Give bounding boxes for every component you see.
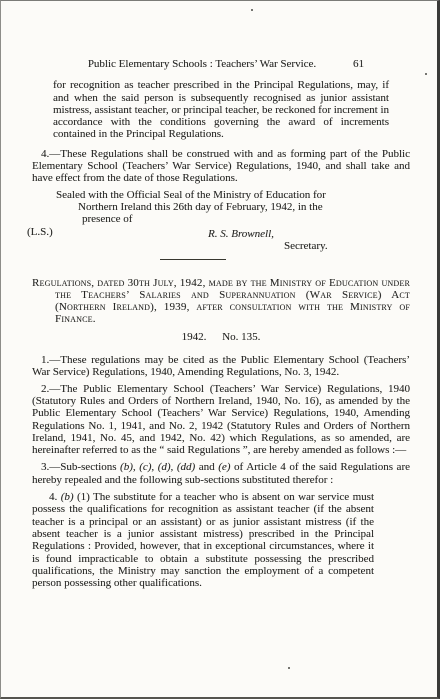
regulation-3: 3.—Sub-sections (b), (c), (d), (dd) and … xyxy=(32,461,410,486)
scan-speck xyxy=(425,73,427,75)
regulation-3-lead: 3.—Sub-sections xyxy=(41,461,120,473)
sealing-clause-line3: presence of xyxy=(32,213,410,225)
statutory-rule-number-line: 1942. No. 135. xyxy=(32,331,410,343)
signature-title: Secretary. xyxy=(284,240,328,252)
running-header: Public Elementary Schools : Teachers’ Wa… xyxy=(32,58,410,70)
running-header-title: Public Elementary Schools : Teachers’ Wa… xyxy=(88,58,316,70)
seal-mark: (L.S.) xyxy=(27,226,53,238)
regulation-3-subsection-letter-e: (e) xyxy=(218,461,230,473)
regulation-4-lead: 4. xyxy=(49,491,61,503)
text-column: Public Elementary Schools : Teachers’ Wa… xyxy=(32,1,410,589)
sealing-clause-line2: Northern Ireland this 26th day of Februa… xyxy=(32,201,410,213)
regulation-3-subsection-letters: (b), (c), (d), (dd) xyxy=(120,461,195,473)
regulation-1: 1.—These regulations may be cited as the… xyxy=(32,354,410,379)
scan-speck xyxy=(288,667,290,669)
section-divider-rule xyxy=(160,259,226,260)
regulation-2: 2.—The Public Elementary School (Teacher… xyxy=(32,383,410,457)
regulation-3-conjunction: and xyxy=(195,461,218,473)
scanned-document-page: Public Elementary Schools : Teachers’ Wa… xyxy=(0,0,440,699)
regulations-heading: Regulations, dated 30th July, 1942, made… xyxy=(32,277,410,326)
regulation-4-substituted-subsection: 4. (b) (1) The substitute for a teacher … xyxy=(32,491,374,589)
continuation-paragraph: for recognition as teacher prescribed in… xyxy=(53,79,389,140)
regulation-4-rest: (1) The substitute for a teacher who is … xyxy=(32,491,374,589)
page-number: 61 xyxy=(353,58,364,70)
sealing-clause-line1: Sealed with the Official Seal of the Min… xyxy=(32,189,410,201)
statutory-rule-year: 1942. xyxy=(182,331,207,343)
signature-name: R. S. Brownell, xyxy=(208,228,274,240)
sealing-clause: Sealed with the Official Seal of the Min… xyxy=(32,189,410,226)
signature-block: (L.S.) R. S. Brownell, Secretary. xyxy=(32,226,410,254)
construction-paragraph: 4.—These Regulations shall be construed … xyxy=(32,148,410,185)
regulation-4-subsection-letter: (b) xyxy=(61,491,74,503)
statutory-rule-number: No. 135. xyxy=(222,331,260,343)
